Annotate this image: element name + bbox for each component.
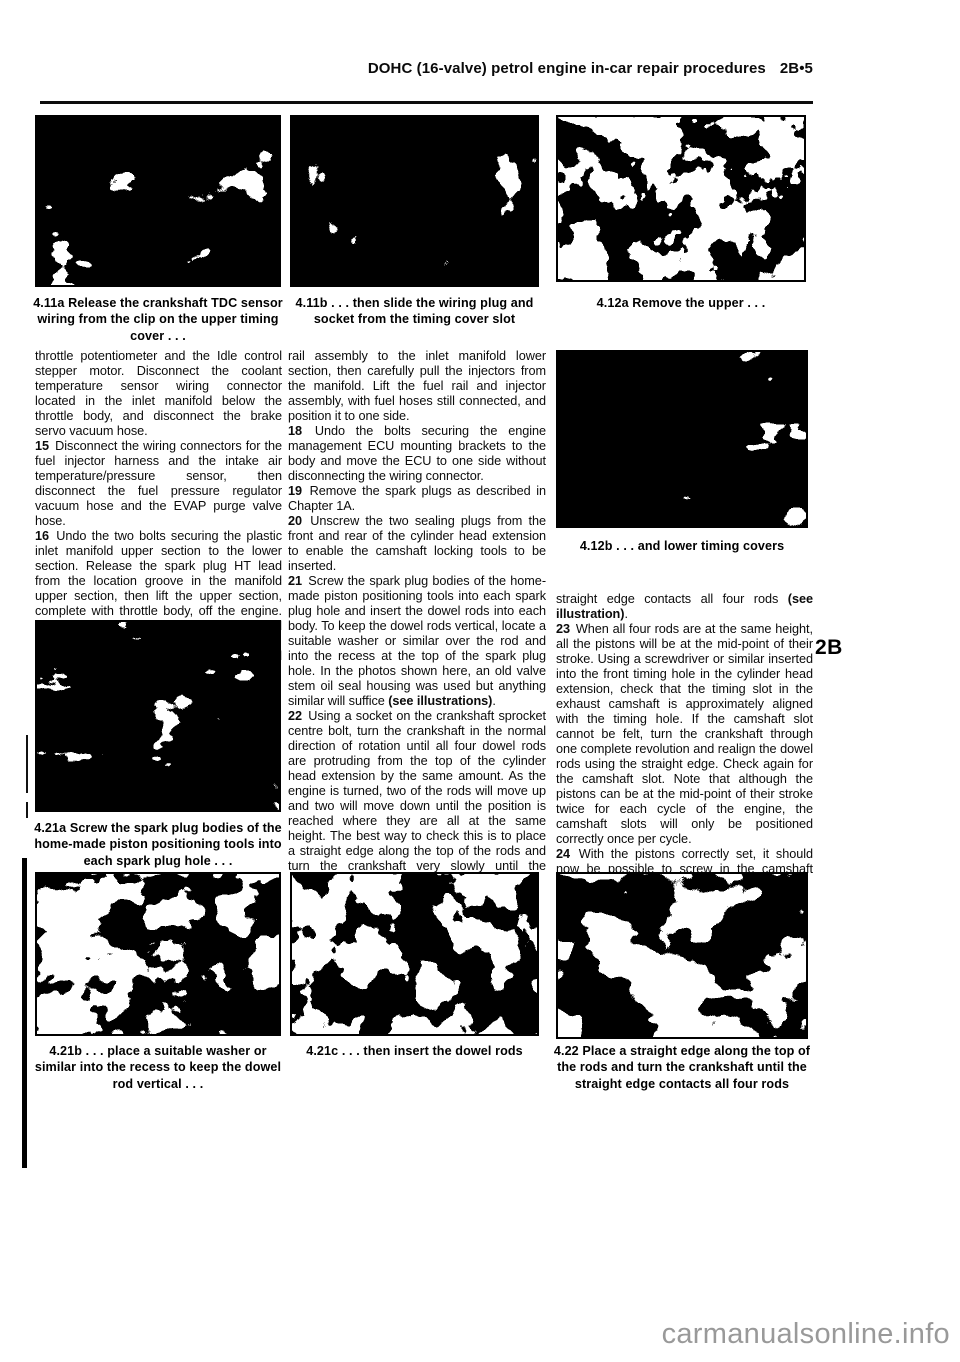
step-number: 16 [35,529,51,543]
photo-image [37,117,279,285]
paragraph-text: Undo the bolts securing the engine manag… [288,424,546,483]
paragraph: 15 Disconnect the wiring connectors for … [35,439,282,529]
scan-artifact-line [26,802,28,818]
text-column-1: throttle potentiometer and the Idle cont… [35,349,282,664]
paragraph-text: straight edge contacts all four rods [556,592,788,606]
photo-image [292,874,537,1034]
paragraph: 20 Unscrew the two sealing plugs from th… [288,514,546,574]
section-tab: 2B [815,636,843,660]
paragraph: 22 Using a socket on the crankshaft spro… [288,709,546,874]
paragraph-text: . [492,694,495,708]
figure-4-12a-photo [556,115,806,282]
text-column-3: straight edge contacts all four rods (se… [556,592,813,877]
step-number: 15 [35,439,51,453]
paragraph: straight edge contacts all four rods (se… [556,592,813,622]
scan-artifact-line [26,735,28,793]
page-header: DOHC (16-valve) petrol engine in-car rep… [35,60,813,77]
paragraph-text: rail assembly to the inlet manifold lowe… [288,349,546,423]
step-number: 18 [288,424,304,438]
photo-image [292,117,537,285]
figure-4-11b-photo [290,115,539,287]
figure-4-12b-photo [556,350,808,528]
photo-image [558,874,806,1037]
step-number: 24 [556,847,572,861]
paragraph: rail assembly to the inlet manifold lowe… [288,349,546,424]
watermark: carmanualsonline.info [560,1318,950,1351]
figure-4-11a-caption: 4.11a Release the crankshaft TDC sensor … [30,295,286,344]
photo-image [37,874,279,1034]
header-title: DOHC (16-valve) petrol engine in-car rep… [368,60,766,77]
scan-artifact-bar [22,858,27,1168]
step-number: 20 [288,514,304,528]
photo-image [558,117,804,280]
figure-4-22-caption: 4.22 Place a straight edge along the top… [550,1043,814,1092]
figure-4-22-photo [556,872,808,1039]
paragraph: 21 Screw the spark plug bodies of the ho… [288,574,546,709]
paragraph-text: . [624,607,627,621]
figure-4-21a-caption: 4.21a Screw the spark plug bodies of the… [30,820,286,869]
step-number: 21 [288,574,304,588]
step-number: 19 [288,484,304,498]
figure-4-21b-caption: 4.21b . . . place a suitable washer or s… [30,1043,286,1092]
figure-4-21c-photo [290,872,539,1036]
paragraph: 18 Undo the bolts securing the engine ma… [288,424,546,484]
paragraph-text: Screw the spark plug bodies of the home-… [288,574,546,708]
figure-4-21a-photo [35,620,281,812]
photo-image [558,352,806,526]
manual-page: DOHC (16-valve) petrol engine in-car rep… [0,0,960,1362]
figure-4-12b-caption: 4.12b . . . and lower timing covers [556,538,808,554]
photo-image [37,622,279,810]
paragraph: 23 When all four rods are at the same he… [556,622,813,847]
paragraph-text: When all four rods are at the same heigh… [556,622,813,846]
page-number: 2B•5 [780,60,813,77]
paragraph-text: throttle potentiometer and the Idle cont… [35,349,282,438]
paragraph-text: Remove the spark plugs as described in C… [288,484,546,513]
paragraph-text: Unscrew the two sealing plugs from the f… [288,514,546,573]
step-number: 22 [288,709,304,723]
text-column-2: rail assembly to the inlet manifold lowe… [288,349,546,874]
paragraph-text: (see illustrations) [388,694,492,708]
paragraph: 19 Remove the spark plugs as described i… [288,484,546,514]
figure-4-11b-caption: 4.11b . . . then slide the wiring plug a… [288,295,541,328]
paragraph: throttle potentiometer and the Idle cont… [35,349,282,439]
figure-4-12a-caption: 4.12a Remove the upper . . . [556,295,806,311]
figure-4-21b-photo [35,872,281,1036]
paragraph-text: Disconnect the wiring connectors for the… [35,439,282,528]
paragraph-text: Using a socket on the crankshaft sprocke… [288,709,546,873]
header-rule [40,101,813,104]
figure-4-21c-caption: 4.21c . . . then insert the dowel rods [290,1043,539,1059]
figure-4-11a-photo [35,115,281,287]
step-number: 23 [556,622,572,636]
